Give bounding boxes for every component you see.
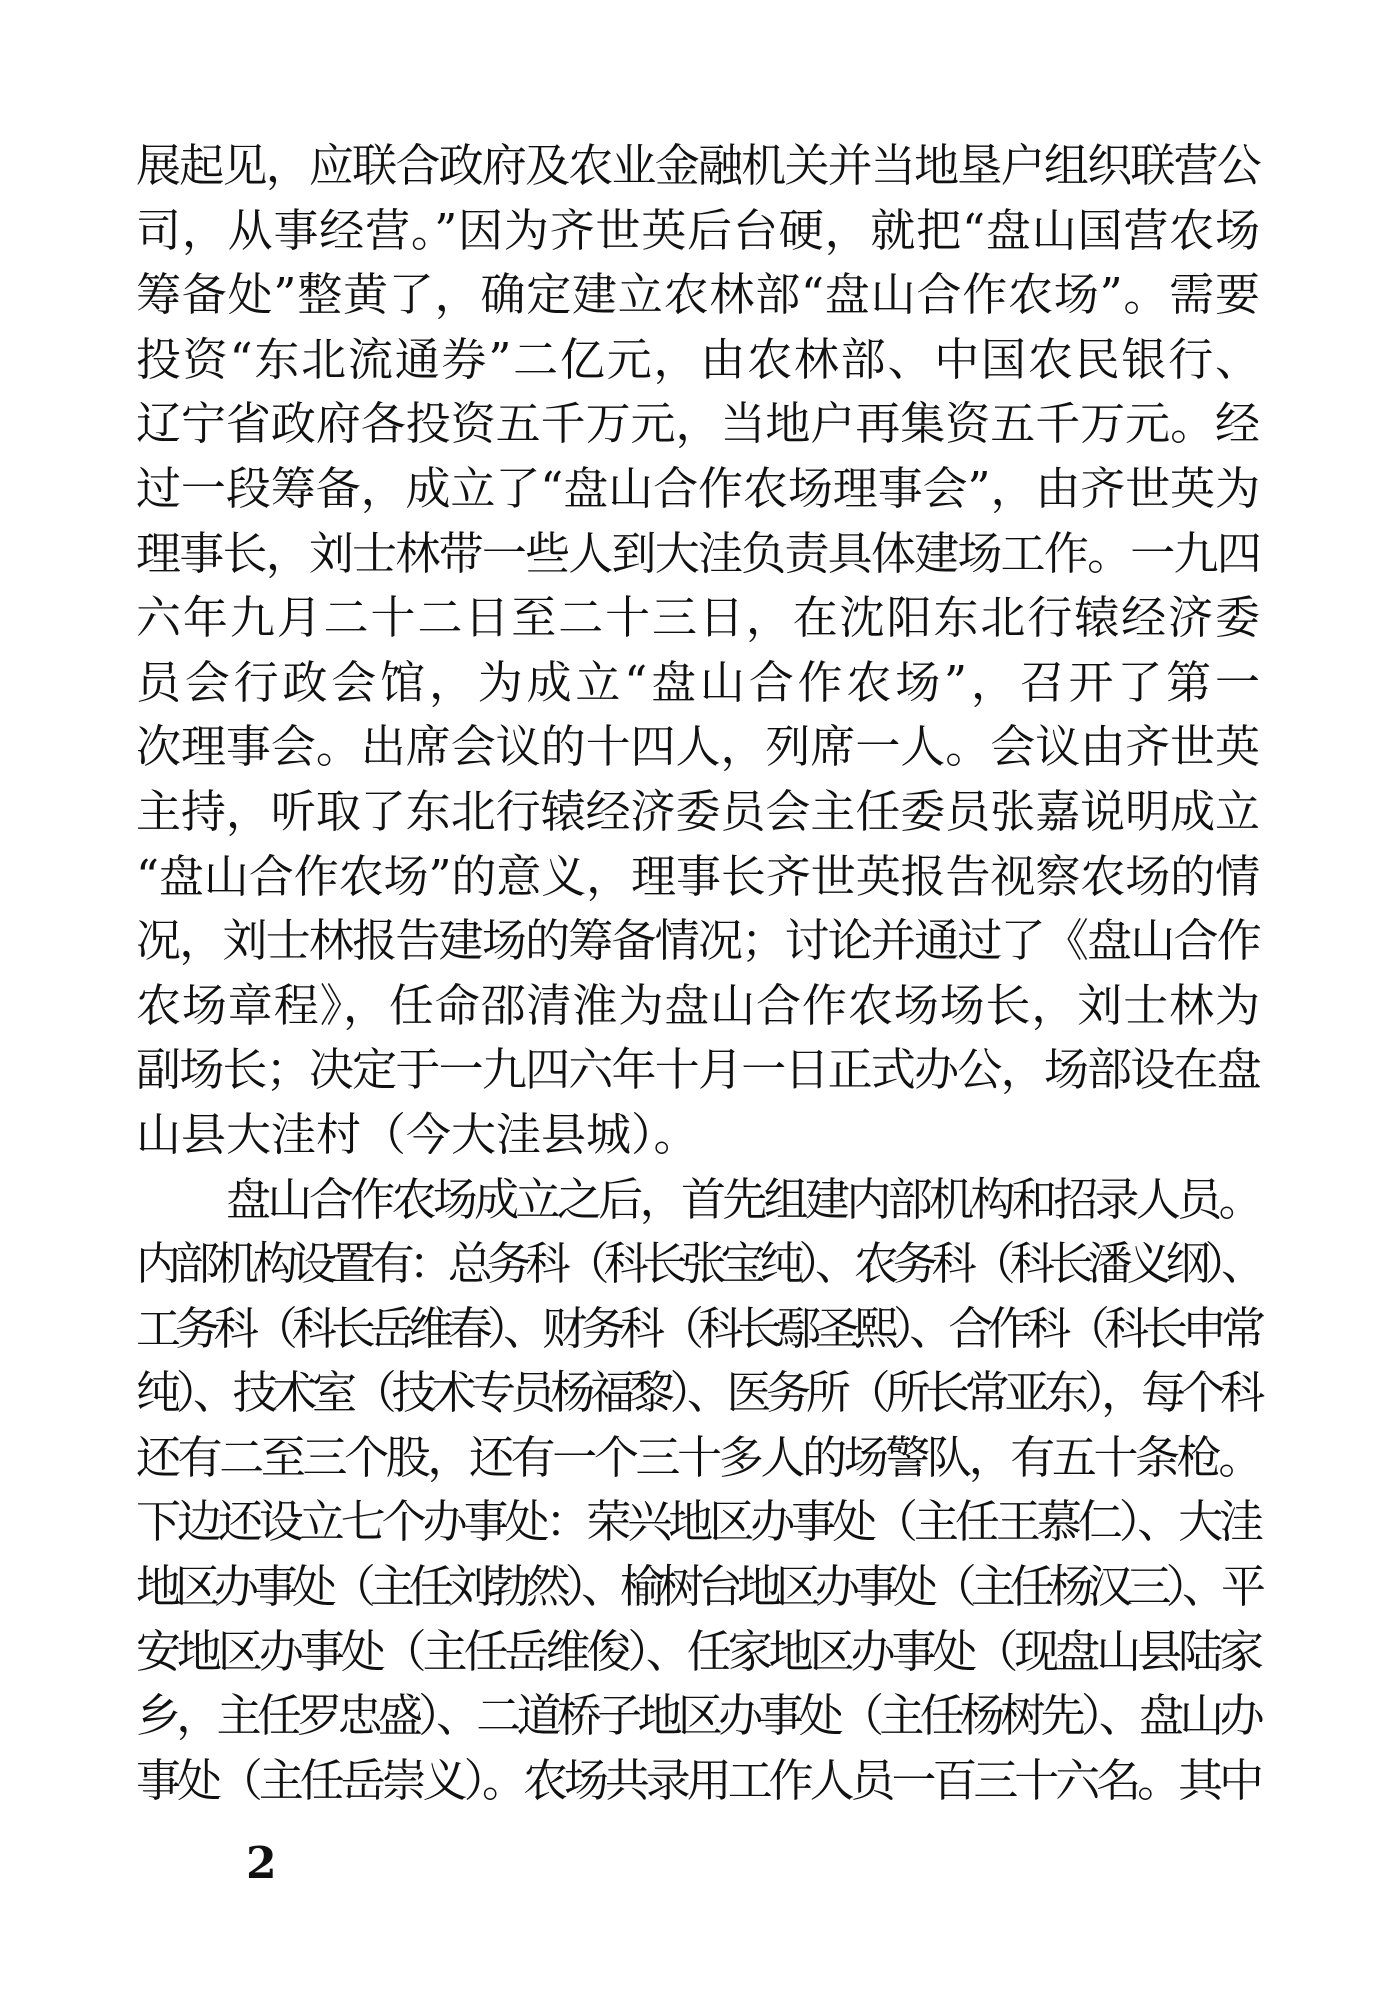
text-line: 工务科（科长岳维春）、财务科（科长鄢圣熙）、合作科（科长申常 <box>136 1297 1260 1362</box>
text-line: 次理事会。出席会议的十四人，列席一人。会议由齐世英 <box>136 715 1260 780</box>
page-number: 2 <box>246 1838 277 1889</box>
text-line: 乡，主任罗忠盛）、二道桥子地区办事处（主任杨树先）、盘山办 <box>136 1684 1260 1749</box>
text-line: 农场章程》，任命邵清淮为盘山合作农场场长，刘士林为 <box>136 974 1260 1039</box>
text-line: 展起见，应联合政府及农业金融机关并当地垦户组织联营公 <box>136 134 1260 199</box>
text-line: 地区办事处（主任刘勃然）、榆树台地区办事处（主任杨汉三）、平 <box>136 1555 1260 1620</box>
text-line: 事处（主任岳崇义）。农场共录用工作人员一百三十六名。其中 <box>136 1749 1260 1814</box>
text-line: 辽宁省政府各投资五千万元，当地户再集资五千万元。经 <box>136 392 1260 457</box>
text-line: 内部机构设置有：总务科（科长张宝纯）、农务科（科长潘义纲）、 <box>136 1232 1260 1297</box>
text-line: 司，从事经营。”因为齐世英后台硬，就把“盘山国营农场 <box>136 199 1260 264</box>
text-line: 副场长；决定于一九四六年十月一日正式办公，场部设在盘 <box>136 1038 1260 1103</box>
text-line: 下边还设立七个办事处：荣兴地区办事处（主任王慕仁）、大洼 <box>136 1490 1260 1555</box>
text-line: 主持，听取了东北行辕经济委员会主任委员张嘉说明成立 <box>136 780 1260 845</box>
text-line: 员会行政会馆，为成立“盘山合作农场”，召开了第一 <box>136 651 1260 716</box>
document-page: 展起见，应联合政府及农业金融机关并当地垦户组织联营公 司，从事经营。”因为齐世英… <box>0 0 1393 2004</box>
text-line: 况，刘士林报告建场的筹备情况；讨论并通过了《盘山合作 <box>136 909 1260 974</box>
paragraph-end-line: 山县大洼村（今大洼县城）。 <box>136 1103 1260 1168</box>
text-line: 安地区办事处（主任岳维俊）、任家地区办事处（现盘山县陆家 <box>136 1620 1260 1685</box>
text-line: 还有二至三个股，还有一个三十多人的场警队，有五十条枪。 <box>136 1426 1260 1491</box>
text-line: 筹备处”整黄了，确定建立农林部“盘山合作农场”。需要 <box>136 263 1260 328</box>
text-line: “盘山合作农场”的意义，理事长齐世英报告视察农场的情 <box>136 845 1260 910</box>
text-line: 过一段筹备，成立了“盘山合作农场理事会”，由齐世英为 <box>136 457 1260 522</box>
paragraph-start-line: 盘山合作农场成立之后，首先组建内部机构和招录人员。 <box>136 1168 1260 1233</box>
body-text: 展起见，应联合政府及农业金融机关并当地垦户组织联营公 司，从事经营。”因为齐世英… <box>136 134 1260 1813</box>
text-line: 纯）、技术室（技术专员杨福黎）、医务所（所长常亚东），每个科 <box>136 1361 1260 1426</box>
text-line: 理事长，刘士林带一些人到大洼负责具体建场工作。一九四 <box>136 522 1260 587</box>
text-line: 六年九月二十二日至二十三日，在沈阳东北行辕经济委 <box>136 586 1260 651</box>
text-line: 投资“东北流通券”二亿元，由农林部、中国农民银行、 <box>136 328 1260 393</box>
